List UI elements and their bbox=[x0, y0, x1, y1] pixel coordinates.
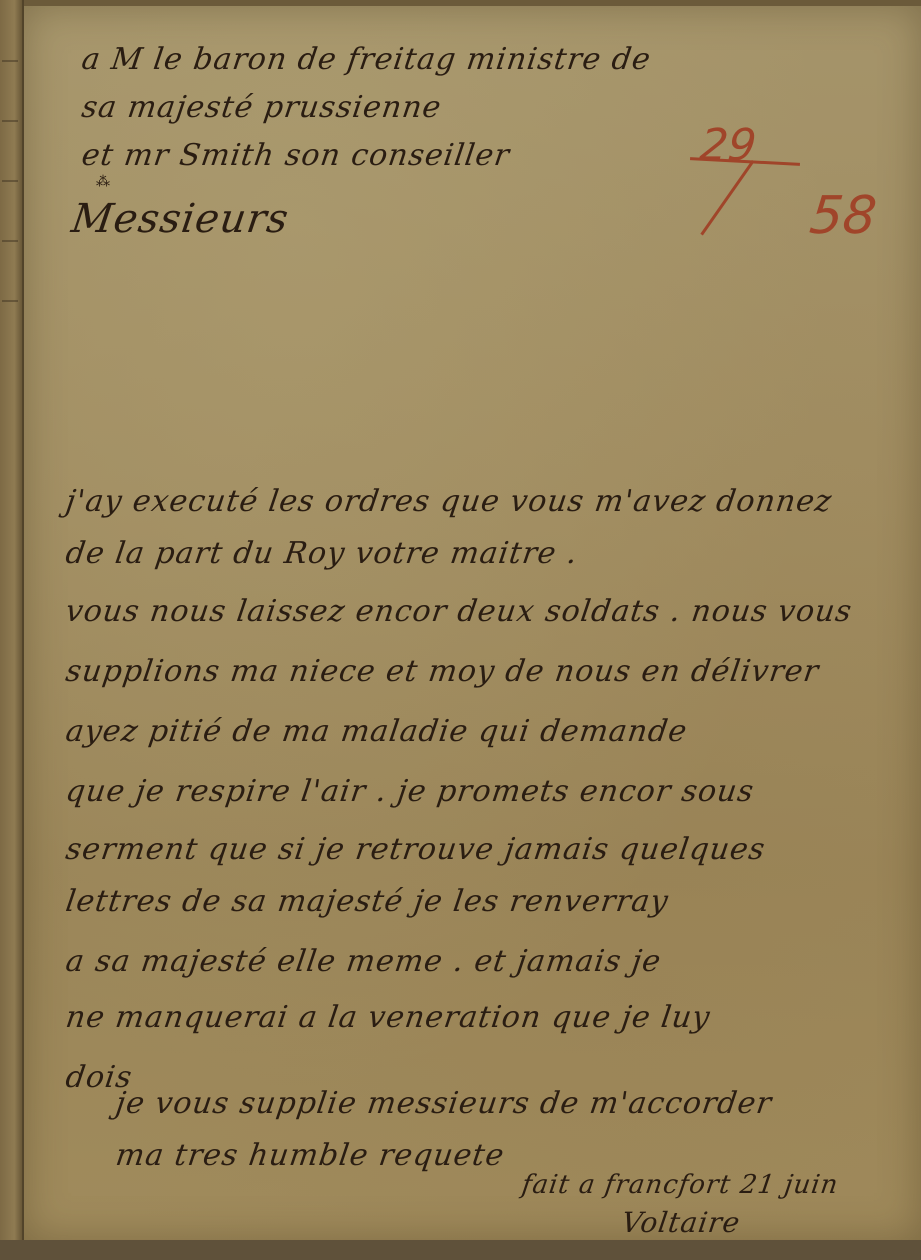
address-line-2: sa majesté prussienne bbox=[80, 90, 444, 125]
signature: Voltaire bbox=[620, 1206, 743, 1239]
body-line: lettres de sa majesté je les renverray bbox=[64, 884, 671, 919]
body-line: de la part du Roy votre maitre . bbox=[64, 536, 580, 571]
body-line: que je respire l'air . je promets encor … bbox=[64, 774, 757, 809]
body-line: j'ay executé les ordres que vous m'avez … bbox=[64, 484, 835, 519]
closing-line: je vous supplie messieurs de m'accorder bbox=[114, 1086, 775, 1121]
body-line: vous nous laissez encor deux soldats . n… bbox=[64, 594, 855, 629]
page-bottom-edge bbox=[0, 1240, 921, 1260]
body-line: serment que si je retrouve jamais quelqu… bbox=[64, 832, 768, 867]
folio-number: 58 bbox=[807, 186, 879, 246]
ink-mark: ⁂ bbox=[96, 174, 110, 190]
body-line: ne manquerai a la veneration que je luy bbox=[64, 1000, 713, 1035]
body-line: a sa majesté elle meme . et jamais je bbox=[64, 944, 664, 979]
dateline: fait a francfort 21 juin bbox=[520, 1170, 841, 1200]
address-line-3: et mr Smith son conseiller bbox=[80, 138, 513, 173]
body-line: ayez pitié de ma maladie qui demande bbox=[64, 714, 690, 749]
salutation: Messieurs bbox=[69, 196, 292, 242]
address-line-1: a M le baron de freitag ministre de bbox=[80, 42, 654, 77]
body-line: supplions ma niece et moy de nous en dél… bbox=[64, 654, 822, 689]
closing-line: ma tres humble requete bbox=[114, 1138, 507, 1173]
book-binding-edge bbox=[0, 0, 24, 1260]
